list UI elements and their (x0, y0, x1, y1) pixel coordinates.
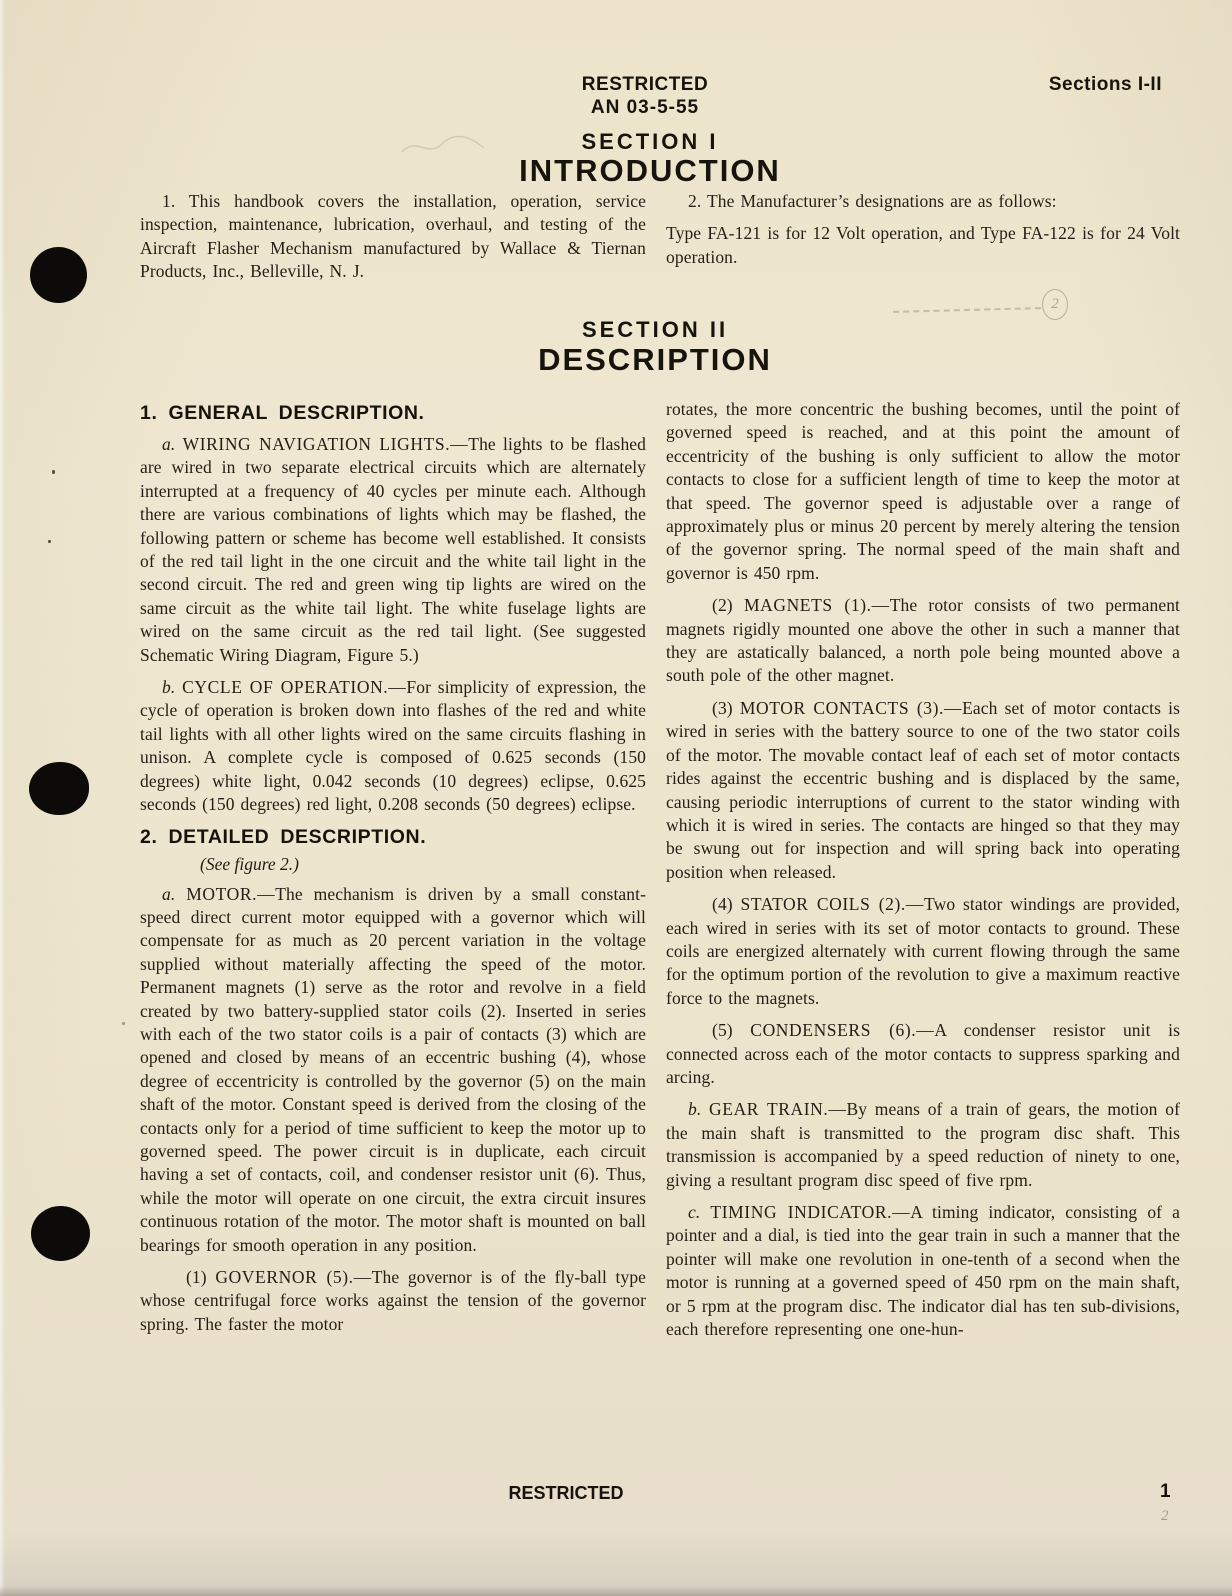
pencil-scribble (398, 128, 488, 162)
paragraph-lead: (3) (712, 698, 740, 718)
paragraph: a. MOTOR.—The mechanism is driven by a s… (140, 883, 646, 1258)
section1-columns: 1. This handbook covers the installation… (140, 190, 1180, 293)
paragraph-lead: (1) (186, 1267, 215, 1287)
section1-title: INTRODUCTION (519, 153, 781, 189)
ink-speck (122, 1022, 125, 1025)
ink-speck (48, 540, 51, 543)
section1-right-column: 2. The Manufacturer’s designations are a… (666, 190, 1180, 293)
paragraph: (4) STATOR COILS (2).—Two stator winding… (666, 893, 1180, 1010)
paragraph: (5) CONDENSERS (6).—A condenser resistor… (666, 1019, 1180, 1089)
paragraph-lead: a. (162, 884, 186, 904)
section-reference: Sections I-II (1049, 74, 1162, 96)
section2-columns: 1. GENERAL DESCRIPTION.a. WIRING NAVIGAT… (140, 398, 1180, 1488)
paragraph: (2) MAGNETS (1).—The rotor consists of t… (666, 594, 1180, 688)
paragraph-heading: 2. DETAILED DESCRIPTION. (140, 826, 646, 849)
paragraph-lead: (4) (712, 894, 741, 914)
paragraph-title: WIRING NAVIGATION LIGHTS.— (183, 434, 469, 454)
paragraph-lead: b. (162, 677, 182, 697)
punch-hole-dot (31, 1206, 90, 1261)
paragraph-title: TIMING INDICATOR.— (710, 1202, 910, 1222)
paragraph-title: STATOR COILS (2).— (741, 894, 924, 914)
paragraph-lead: c. (688, 1202, 710, 1222)
punch-hole-dot (29, 762, 89, 815)
paragraph: 1. This handbook covers the installation… (140, 190, 646, 284)
scan-edge-bottom (0, 1586, 1232, 1596)
pencil-digit: 2 (1051, 296, 1059, 313)
paragraph: (3) MOTOR CONTACTS (3).—Each set of moto… (666, 697, 1180, 884)
paragraph: Type FA-121 is for 12 Volt operation, an… (666, 222, 1180, 269)
section2-title: DESCRIPTION (538, 342, 772, 378)
paragraph-title: MOTOR.— (186, 884, 275, 904)
figure-reference-note: (See figure 2.) (200, 853, 646, 875)
paragraph: 2. The Manufacturer’s designations are a… (666, 190, 1180, 213)
pencil-margin-digit: 2 (1161, 1508, 1169, 1525)
punch-hole-dot (30, 247, 87, 303)
paragraph: a. WIRING NAVIGATION LIGHTS.—The lights … (140, 433, 646, 667)
paragraph-title: MOTOR CONTACTS (3).— (740, 698, 962, 718)
pencil-dashed-line (893, 307, 1041, 313)
paragraph-title: MAGNETS (1).— (744, 595, 890, 615)
section2-right-column: rotates, the more concentric the bushing… (666, 398, 1180, 1488)
paragraph: b. CYCLE OF OPERATION.—For simplicity of… (140, 676, 646, 816)
paragraph: b. GEAR TRAIN.—By means of a train of ge… (666, 1098, 1180, 1192)
manual-page: 2 2 RESTRICTED AN 03-5-55 Sections I-II … (0, 0, 1232, 1596)
classification-banner: RESTRICTED (582, 74, 708, 96)
section1-left-column: 1. This handbook covers the installation… (140, 190, 646, 293)
section2-left-column: 1. GENERAL DESCRIPTION.a. WIRING NAVIGAT… (140, 398, 646, 1488)
paragraph-title: GOVERNOR (5).— (215, 1267, 371, 1287)
scan-edge-left (0, 0, 5, 1596)
paragraph-title: GEAR TRAIN.— (709, 1099, 846, 1119)
paragraph-lead: (2) (712, 595, 744, 615)
paragraph: c. TIMING INDICATOR.—A timing indicator,… (666, 1201, 1180, 1341)
paragraph-lead: (5) (712, 1020, 750, 1040)
paragraph-title: CONDENSERS (6).— (750, 1020, 934, 1040)
pencil-circled-digit: 2 (1042, 289, 1068, 320)
paragraph-title: CYCLE OF OPERATION.— (182, 677, 406, 697)
ink-speck (52, 470, 55, 474)
paragraph-heading: 1. GENERAL DESCRIPTION. (140, 402, 646, 425)
paragraph: (1) GOVERNOR (5).—The governor is of the… (140, 1266, 646, 1336)
document-number: AN 03-5-55 (591, 97, 699, 119)
footer-classification: RESTRICTED (508, 1483, 623, 1504)
paragraph: rotates, the more concentric the bushing… (666, 398, 1180, 585)
page-number: 1 (1160, 1481, 1171, 1503)
section1-heading: SECTION I (581, 129, 718, 155)
paragraph-lead: b. (688, 1099, 709, 1119)
section2-heading: SECTION II (582, 317, 728, 343)
paragraph-lead: a. (162, 434, 183, 454)
